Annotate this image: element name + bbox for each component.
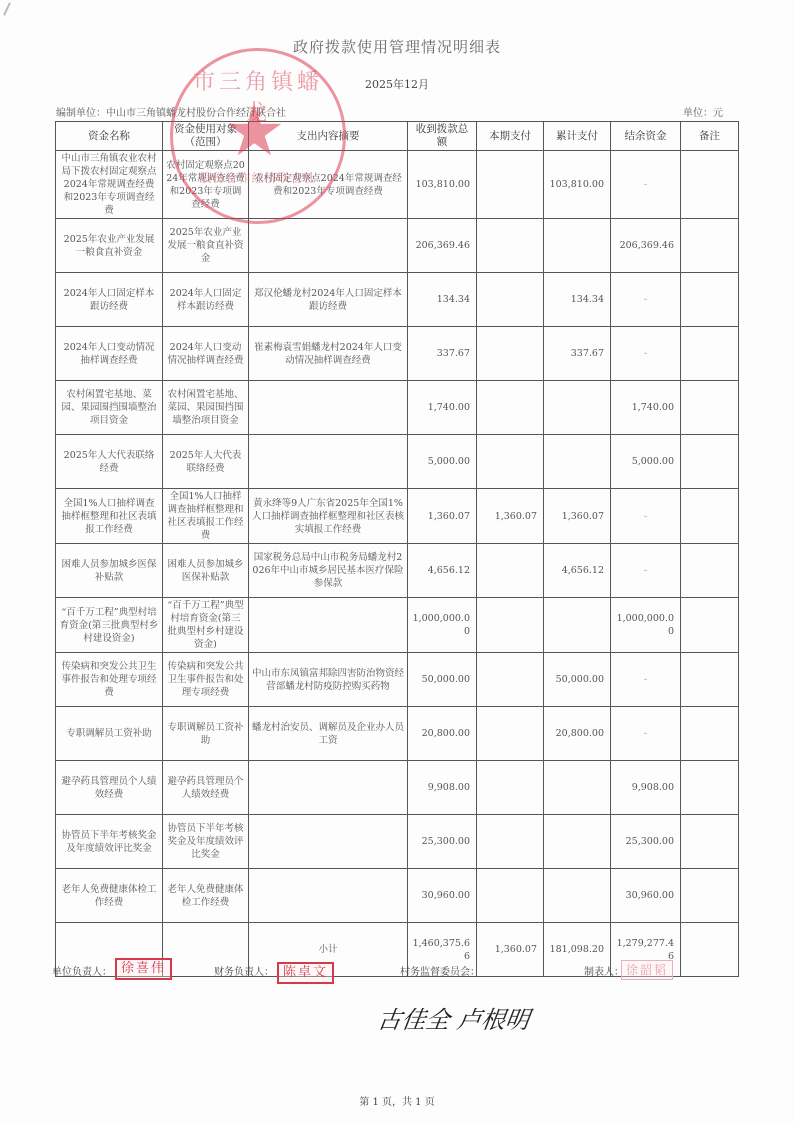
cell-cumulative-payment: 134.34 <box>544 273 611 327</box>
cell-note <box>681 489 739 544</box>
subtotal-current: 1,360.07 <box>477 923 544 977</box>
cell-received-total: 103,810.00 <box>408 151 477 219</box>
cell-expense-summary: 郑汉伦蟠龙村2024年人口固定样本跟访经费 <box>249 273 408 327</box>
cell-current-payment <box>477 327 544 381</box>
cell-fund-scope: 避孕药具管理员个人绩效经费 <box>163 761 249 815</box>
cell-note <box>681 151 739 219</box>
cell-fund-scope: 2025年人大代表联络经费 <box>163 435 249 489</box>
cell-fund-scope: 协管员下半年考核奖金及年度绩效评比奖金 <box>163 815 249 869</box>
document-title: 政府拨款使用管理情况明细表 <box>0 36 794 57</box>
cell-expense-summary <box>249 761 408 815</box>
cell-current-payment: 1,360.07 <box>477 489 544 544</box>
cell-received-total: 1,740.00 <box>408 381 477 435</box>
cell-balance: - <box>611 327 681 381</box>
cell-balance: - <box>611 489 681 544</box>
finance-head-label: 财务负责人： <box>214 963 274 978</box>
subtotal-note <box>681 923 739 977</box>
cell-expense-summary: 国家税务总局中山市税务局蟠龙村2026年中山市城乡居民基本医疗保险参保款 <box>249 544 408 598</box>
cell-expense-summary: 黄永绛等9人广东省2025年全国1%人口抽样调查抽样框整理和社区表核实填报工作经… <box>249 489 408 544</box>
cell-current-payment <box>477 381 544 435</box>
unit-head-stamp: 徐喜伟 <box>115 958 172 980</box>
cell-note <box>681 869 739 923</box>
cell-note <box>681 381 739 435</box>
cell-fund-name: 2025年农业产业发展一粮食直补资金 <box>56 219 163 273</box>
cell-current-payment <box>477 544 544 598</box>
table-row: 困难人员参加城乡医保补贴款困难人员参加城乡医保补贴款国家税务总局中山市税务局蟠龙… <box>56 544 739 598</box>
table-row: 农村闲置宅基地、菜园、果园围挡围墙整治项目资金农村闲置宅基地、菜园、果园围挡围墙… <box>56 381 739 435</box>
cell-note <box>681 544 739 598</box>
cell-note <box>681 707 739 761</box>
cell-current-payment <box>477 435 544 489</box>
finance-head-stamp: 陈卓文 <box>277 962 334 984</box>
cell-fund-name: 2025年人大代表联络经费 <box>56 435 163 489</box>
page-number: 第 1 页，共 1 页 <box>0 1093 794 1108</box>
currency-unit: 单位：元 <box>683 104 723 119</box>
cell-received-total: 1,000,000.00 <box>408 598 477 653</box>
cell-current-payment <box>477 151 544 219</box>
cell-balance: - <box>611 273 681 327</box>
table-row: 传染病和突发公共卫生事件报告和处理专项经费传染病和突发公共卫生事件报告和处理专项… <box>56 653 739 707</box>
cell-balance: 30,960.00 <box>611 869 681 923</box>
unit-head-label: 单位负责人： <box>52 963 112 978</box>
header-fund-scope: 资金使用对象（范围） <box>163 122 249 151</box>
table-row: 专职调解员工资补助专职调解员工资补助蟠龙村治安员、调解员及企业办人员工资20,8… <box>56 707 739 761</box>
cell-expense-summary: 中山市东凤镇富邦除四害防治物资经营部蟠龙村防疫防控购买药物 <box>249 653 408 707</box>
header-current-payment: 本期支付 <box>477 122 544 151</box>
header-expense-summary: 支出内容摘要 <box>249 122 408 151</box>
table-row: 2024年人口变动情况抽样调查经费2024年人口变动情况抽样调查经费崔素梅袁雪娟… <box>56 327 739 381</box>
cell-current-payment <box>477 273 544 327</box>
cell-fund-scope: 2025年农业产业发展一粮食直补资金 <box>163 219 249 273</box>
cell-current-payment <box>477 761 544 815</box>
cell-note <box>681 761 739 815</box>
table-row: 协管员下半年考核奖金及年度绩效评比奖金协管员下半年考核奖金及年度绩效评比奖金25… <box>56 815 739 869</box>
cell-received-total: 337.67 <box>408 327 477 381</box>
header-balance: 结余资金 <box>611 122 681 151</box>
cell-fund-name: 全国1%人口抽样调查抽样框整理和社区表填报工作经费 <box>56 489 163 544</box>
header-received-total: 收到拨款总额 <box>408 122 477 151</box>
cell-expense-summary <box>249 435 408 489</box>
table-body: 中山市三角镇农业农村局下拨农村固定观察点2024年常规调查经费和2023年专项调… <box>56 151 739 977</box>
cell-balance: 25,300.00 <box>611 815 681 869</box>
cell-fund-scope: 老年人免费健康体检工作经费 <box>163 869 249 923</box>
cell-fund-name: 中山市三角镇农业农村局下拨农村固定观察点2024年常规调查经费和2023年专项调… <box>56 151 163 219</box>
cell-cumulative-payment: 1,360.07 <box>544 489 611 544</box>
cell-cumulative-payment <box>544 435 611 489</box>
table-row: 中山市三角镇农业农村局下拨农村固定观察点2024年常规调查经费和2023年专项调… <box>56 151 739 219</box>
cell-fund-name: 2024年人口固定样本跟访经费 <box>56 273 163 327</box>
cell-note <box>681 327 739 381</box>
cell-current-payment <box>477 815 544 869</box>
cell-balance: - <box>611 707 681 761</box>
cell-note <box>681 653 739 707</box>
header-note: 备注 <box>681 122 739 151</box>
cell-fund-name: 困难人员参加城乡医保补贴款 <box>56 544 163 598</box>
cell-fund-scope: “百千万工程”典型村培育资金(第三批典型村乡村建设资金) <box>163 598 249 653</box>
cell-fund-scope: 2024年人口固定样本跟访经费 <box>163 273 249 327</box>
cell-current-payment <box>477 869 544 923</box>
cell-cumulative-payment: 103,810.00 <box>544 151 611 219</box>
cell-fund-scope: 2024年人口变动情况抽样调查经费 <box>163 327 249 381</box>
cell-cumulative-payment: 337.67 <box>544 327 611 381</box>
cell-received-total: 1,360.07 <box>408 489 477 544</box>
cell-expense-summary <box>249 869 408 923</box>
cell-balance: 1,740.00 <box>611 381 681 435</box>
cell-received-total: 20,800.00 <box>408 707 477 761</box>
header-fund-name: 资金名称 <box>56 122 163 151</box>
table-row: 2025年农业产业发展一粮食直补资金2025年农业产业发展一粮食直补资金206,… <box>56 219 739 273</box>
cell-fund-name: 农村闲置宅基地、菜园、果园围挡围墙整治项目资金 <box>56 381 163 435</box>
table-row: 避孕药具管理员个人绩效经费避孕药具管理员个人绩效经费9,908.009,908.… <box>56 761 739 815</box>
cell-expense-summary <box>249 219 408 273</box>
scan-mark <box>3 2 11 16</box>
appropriation-table: 资金名称 资金使用对象（范围） 支出内容摘要 收到拨款总额 本期支付 累计支付 … <box>55 121 739 977</box>
table-row: 老年人免费健康体检工作经费老年人免费健康体检工作经费30,960.0030,96… <box>56 869 739 923</box>
preparer-label: 制表人： <box>584 963 624 978</box>
cell-balance: 206,369.46 <box>611 219 681 273</box>
cell-expense-summary <box>249 381 408 435</box>
cell-expense-summary: 崔素梅袁雪娟蟠龙村2024年人口变动情况抽样调查经费 <box>249 327 408 381</box>
cell-balance: 9,908.00 <box>611 761 681 815</box>
cell-fund-name: 传染病和突发公共卫生事件报告和处理专项经费 <box>56 653 163 707</box>
cell-cumulative-payment <box>544 219 611 273</box>
report-period: 2025年12月 <box>0 76 794 92</box>
table-row: 全国1%人口抽样调查抽样框整理和社区表填报工作经费全国1%人口抽样调查抽样框整理… <box>56 489 739 544</box>
cell-cumulative-payment <box>544 761 611 815</box>
cell-fund-name: 2024年人口变动情况抽样调查经费 <box>56 327 163 381</box>
cell-fund-scope: 农村闲置宅基地、菜园、果园围挡围墙整治项目资金 <box>163 381 249 435</box>
cell-cumulative-payment: 4,656.12 <box>544 544 611 598</box>
cell-balance: - <box>611 544 681 598</box>
cell-fund-scope: 困难人员参加城乡医保补贴款 <box>163 544 249 598</box>
cell-fund-name: “百千万工程”典型村培育资金(第三批典型村乡村建设资金) <box>56 598 163 653</box>
cell-received-total: 206,369.46 <box>408 219 477 273</box>
cell-fund-scope: 农村固定观察点2024年常规调查经费和2023年专项调查经费 <box>163 151 249 219</box>
cell-received-total: 50,000.00 <box>408 653 477 707</box>
cell-expense-summary <box>249 815 408 869</box>
cell-received-total: 9,908.00 <box>408 761 477 815</box>
cell-fund-name: 专职调解员工资补助 <box>56 707 163 761</box>
cell-current-payment <box>477 653 544 707</box>
cell-cumulative-payment <box>544 598 611 653</box>
cell-received-total: 4,656.12 <box>408 544 477 598</box>
cell-balance: - <box>611 653 681 707</box>
table-row: 2024年人口固定样本跟访经费2024年人口固定样本跟访经费郑汉伦蟠龙村2024… <box>56 273 739 327</box>
preparer-stamp: 徐韶韬 <box>621 960 673 980</box>
cell-cumulative-payment: 50,000.00 <box>544 653 611 707</box>
cell-cumulative-payment <box>544 381 611 435</box>
cell-fund-name: 避孕药具管理员个人绩效经费 <box>56 761 163 815</box>
cell-note <box>681 219 739 273</box>
cell-fund-scope: 全国1%人口抽样调查抽样框整理和社区表填报工作经费 <box>163 489 249 544</box>
cell-received-total: 134.34 <box>408 273 477 327</box>
table-row: 2025年人大代表联络经费2025年人大代表联络经费5,000.005,000.… <box>56 435 739 489</box>
cell-fund-scope: 传染病和突发公共卫生事件报告和处理专项经费 <box>163 653 249 707</box>
cell-note <box>681 435 739 489</box>
table-header-row: 资金名称 资金使用对象（范围） 支出内容摘要 收到拨款总额 本期支付 累计支付 … <box>56 122 739 151</box>
cell-balance: 5,000.00 <box>611 435 681 489</box>
prepared-by-unit: 编制单位：中山市三角镇蟠龙村股份合作经济联合社 <box>56 104 286 119</box>
supervision-committee-label: 村务监督委员会： <box>400 963 480 978</box>
header-cumulative-payment: 累计支付 <box>544 122 611 151</box>
cell-expense-summary <box>249 598 408 653</box>
cell-received-total: 30,960.00 <box>408 869 477 923</box>
cell-fund-name: 老年人免费健康体检工作经费 <box>56 869 163 923</box>
cell-note <box>681 598 739 653</box>
handwritten-signatures: 古佳全 卢根明 <box>376 1000 533 1035</box>
cell-note <box>681 273 739 327</box>
cell-note <box>681 815 739 869</box>
cell-current-payment <box>477 598 544 653</box>
cell-cumulative-payment: 20,800.00 <box>544 707 611 761</box>
cell-current-payment <box>477 707 544 761</box>
cell-cumulative-payment <box>544 869 611 923</box>
cell-current-payment <box>477 219 544 273</box>
cell-fund-name: 协管员下半年考核奖金及年度绩效评比奖金 <box>56 815 163 869</box>
cell-fund-scope: 专职调解员工资补助 <box>163 707 249 761</box>
cell-expense-summary: 蟠龙村治安员、调解员及企业办人员工资 <box>249 707 408 761</box>
cell-expense-summary: 农村固定观察点2024年常规调查经费和2023年专项调查经费 <box>249 151 408 219</box>
cell-balance: - <box>611 151 681 219</box>
table-row: “百千万工程”典型村培育资金(第三批典型村乡村建设资金)“百千万工程”典型村培育… <box>56 598 739 653</box>
cell-received-total: 25,300.00 <box>408 815 477 869</box>
cell-cumulative-payment <box>544 815 611 869</box>
cell-balance: 1,000,000.00 <box>611 598 681 653</box>
cell-received-total: 5,000.00 <box>408 435 477 489</box>
